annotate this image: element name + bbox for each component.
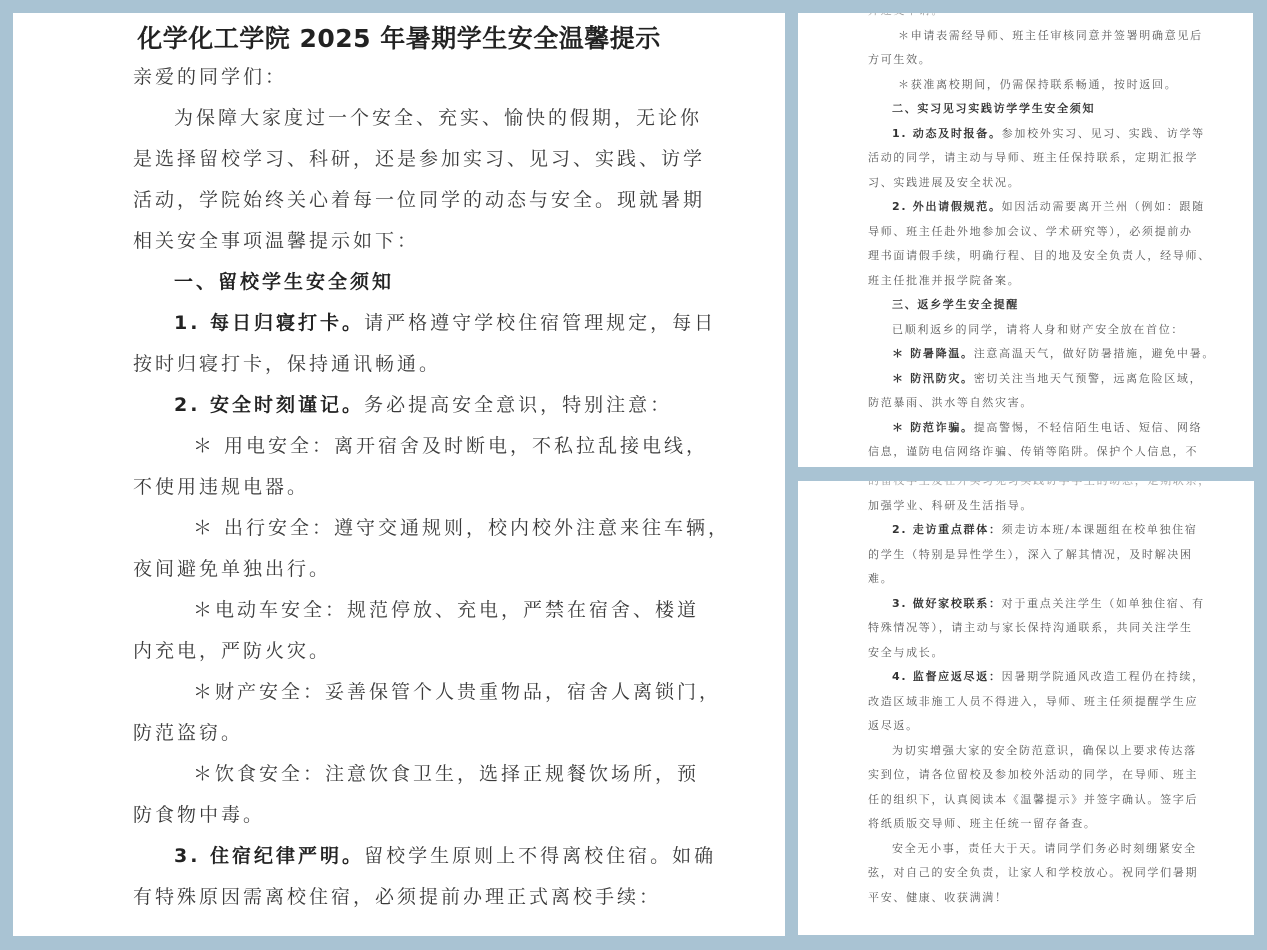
text-line: 班主任批准并报学院备案。 bbox=[868, 269, 1248, 294]
document-page-right-bottom: 的留校学生及在外实习见习实践访学学生的动态，定期联系， 加强学业、科研及生活指导… bbox=[798, 481, 1254, 935]
page-body-right-bottom: 的留校学生及在外实习见习实践访学学生的动态，定期联系， 加强学业、科研及生活指导… bbox=[868, 481, 1248, 910]
cut-off-line: 的留校学生及在外实习见习实践访学学生的动态，定期联系， bbox=[868, 481, 1248, 494]
bullet-line: ＊电动车安全：规范停放、充电，严禁在宿舍、楼道 bbox=[133, 590, 693, 631]
text-line: 导师、班主任赴外地参加会议、学术研究等），必须提前办 bbox=[868, 220, 1248, 245]
list-item-title: ＊ 防汛防灾。 bbox=[892, 372, 974, 385]
text-line: ＊获准离校期间，仍需保持联系畅通，按时返回。 bbox=[868, 73, 1248, 98]
text-line: 安全与成长。 bbox=[868, 641, 1248, 666]
text-line: 理书面请假手续，明确行程、目的地及安全负责人，经导师、 bbox=[868, 244, 1248, 269]
section-heading: 三、返乡学生安全提醒 bbox=[868, 293, 1248, 318]
item-2: 2. 安全时刻谨记。务必提高安全意识，特别注意： bbox=[133, 385, 693, 426]
item-3-cont: 有特殊原因需离校住宿，必须提前办理正式离校手续： bbox=[133, 877, 693, 918]
item-3-title: 3. 住宿纪律严明。 bbox=[174, 845, 364, 867]
text-line: 实到位，请各位留校及参加校外活动的同学，在导师、班主 bbox=[868, 763, 1248, 788]
list-item: ＊ 防范诈骗。提高警惕，不轻信陌生电话、短信、网络 bbox=[868, 416, 1248, 441]
text-line: 的学生（特别是异性学生），深入了解其情况，及时解决困 bbox=[868, 543, 1248, 568]
bullet-line: ＊财产安全：妥善保管个人贵重物品，宿舍人离锁门， bbox=[133, 672, 693, 713]
text-line: 改造区域非施工人员不得进入，导师、班主任须提醒学生应 bbox=[868, 690, 1248, 715]
section-heading: 二、实习见习实践访学学生安全须知 bbox=[868, 97, 1248, 122]
text-line: 方可生效。 bbox=[868, 48, 1248, 73]
item-2-text: 务必提高安全意识，特别注意： bbox=[364, 394, 672, 416]
list-item: ＊ 防暑降温。注意高温天气，做好防暑措施，避免中暑。 bbox=[868, 342, 1248, 367]
bullet-cont: 防范盗窃。 bbox=[133, 713, 693, 754]
page-title: 化学化工学院 2025 年暑期学生安全温馨提示 bbox=[13, 19, 785, 55]
intro-line: 是选择留校学习、科研，还是参加实习、见习、实践、访学 bbox=[133, 139, 693, 180]
list-item: 2. 外出请假规范。如因活动需要离开兰州（例如：跟随 bbox=[868, 195, 1248, 220]
list-item-text: 注意高温天气，做好防暑措施，避免中暑。 bbox=[974, 347, 1215, 360]
list-item: 3. 做好家校联系：对于重点关注学生（如单独住宿、有 bbox=[868, 592, 1248, 617]
item-1-cont: 按时归寝打卡，保持通讯畅通。 bbox=[133, 344, 693, 385]
list-item: ＊ 防汛防灾。密切关注当地天气预警，远离危险区域， bbox=[868, 367, 1248, 392]
list-item-title: 3. 做好家校联系： bbox=[892, 597, 1002, 610]
list-item: 4. 监督应返尽返：因暑期学院通风改造工程仍在持续， bbox=[868, 665, 1248, 690]
item-1-text: 请严格遵守学校住宿管理规定，每日 bbox=[364, 312, 716, 334]
list-item: 2. 走访重点群体：须走访本班/本课题组在校单独住宿 bbox=[868, 518, 1248, 543]
text-line: 返尽返。 bbox=[868, 714, 1248, 739]
bullet-cont: 不使用违规电器。 bbox=[133, 467, 693, 508]
text-line: 难。 bbox=[868, 567, 1248, 592]
text-line: 安全无小事，责任大于天。请同学们务必时刻绷紧安全 bbox=[868, 837, 1248, 862]
list-item-title: 1. 动态及时报备。 bbox=[892, 127, 1002, 140]
page-body-right-top: 并递交申请。 ＊申请表需经导师、班主任审核同意并签署明确意见后方可生效。＊获准离… bbox=[868, 13, 1248, 465]
page-body-left: 亲爱的同学们： 为保障大家度过一个安全、充实、愉快的假期，无论你 是选择留校学习… bbox=[133, 57, 693, 918]
list-item-text: 提高警惕，不轻信陌生电话、短信、网络 bbox=[974, 421, 1203, 434]
text-line: ＊申请表需经导师、班主任审核同意并签署明确意见后 bbox=[868, 24, 1248, 49]
item-1-title: 1. 每日归寝打卡。 bbox=[174, 312, 364, 334]
bullet-cont: 防食物中毒。 bbox=[133, 795, 693, 836]
text-line: 加强学业、科研及生活指导。 bbox=[868, 494, 1248, 519]
list-item-title: 2. 外出请假规范。 bbox=[892, 200, 1002, 213]
list-item-text: 须走访本班/本课题组在校单独住宿 bbox=[1002, 523, 1198, 536]
list-item-title: 2. 走访重点群体： bbox=[892, 523, 1002, 536]
bullet-cont: 内充电，严防火灾。 bbox=[133, 631, 693, 672]
text-line: 信息，谨防电信网络诈骗、传销等陷阱。保护个人信息，不 bbox=[868, 440, 1248, 465]
text-line: 习、实践进展及安全状况。 bbox=[868, 171, 1248, 196]
text-line: 活动的同学，请主动与导师、班主任保持联系，定期汇报学 bbox=[868, 146, 1248, 171]
text-line: 特殊情况等），请主动与家长保持沟通联系，共同关注学生 bbox=[868, 616, 1248, 641]
text-line: 任的组织下，认真阅读本《温馨提示》并签字确认。签字后 bbox=[868, 788, 1248, 813]
list-item-title: 4. 监督应返尽返： bbox=[892, 670, 1002, 683]
bullet-line: ＊ 出行安全：遵守交通规则，校内校外注意来往车辆， bbox=[133, 508, 693, 549]
text-line: 将纸质版交导师、班主任统一留存备查。 bbox=[868, 812, 1248, 837]
text-line: 防范暴雨、洪水等自然灾害。 bbox=[868, 391, 1248, 416]
item-2-title: 2. 安全时刻谨记。 bbox=[174, 394, 364, 416]
item-3: 3. 住宿纪律严明。留校学生原则上不得离校住宿。如确 bbox=[133, 836, 693, 877]
list-item-title: ＊ 防暑降温。 bbox=[892, 347, 974, 360]
document-page-left: 化学化工学院 2025 年暑期学生安全温馨提示 亲爱的同学们： 为保障大家度过一… bbox=[13, 13, 785, 936]
text-line: 为切实增强大家的安全防范意识，确保以上要求传达落 bbox=[868, 739, 1248, 764]
text-line: 弦，对自己的安全负责，让家人和学校放心。祝同学们暑期 bbox=[868, 861, 1248, 886]
list-item-text: 密切关注当地天气预警，远离危险区域， bbox=[974, 372, 1203, 385]
list-item-text: 参加校外实习、见习、实践、访学等 bbox=[1002, 127, 1205, 140]
intro-line: 为保障大家度过一个安全、充实、愉快的假期，无论你 bbox=[133, 98, 693, 139]
list-item-text: 如因活动需要离开兰州（例如：跟随 bbox=[1002, 200, 1205, 213]
document-page-right-top: 并递交申请。 ＊申请表需经导师、班主任审核同意并签署明确意见后方可生效。＊获准离… bbox=[798, 13, 1253, 467]
text-line: 已顺利返乡的同学，请将人身和财产安全放在首位： bbox=[868, 318, 1248, 343]
greeting: 亲爱的同学们： bbox=[133, 57, 693, 98]
intro-line: 活动，学院始终关心着每一位同学的动态与安全。现就暑期 bbox=[133, 180, 693, 221]
list-item-title: ＊ 防范诈骗。 bbox=[892, 421, 974, 434]
bullet-cont: 夜间避免单独出行。 bbox=[133, 549, 693, 590]
list-item-text: 因暑期学院通风改造工程仍在持续， bbox=[1002, 670, 1205, 683]
bullet-line: ＊ 用电安全：离开宿舍及时断电，不私拉乱接电线， bbox=[133, 426, 693, 467]
list-item: 1. 动态及时报备。参加校外实习、见习、实践、访学等 bbox=[868, 122, 1248, 147]
intro-line: 相关安全事项温馨提示如下： bbox=[133, 221, 693, 262]
section-heading: 一、留校学生安全须知 bbox=[133, 262, 693, 303]
item-1: 1. 每日归寝打卡。请严格遵守学校住宿管理规定，每日 bbox=[133, 303, 693, 344]
list-item-text: 对于重点关注学生（如单独住宿、有 bbox=[1002, 597, 1205, 610]
text-line: 平安、健康、收获满满！ bbox=[868, 886, 1248, 911]
bullet-line: ＊饮食安全：注意饮食卫生，选择正规餐饮场所，预 bbox=[133, 754, 693, 795]
item-3-text: 留校学生原则上不得离校住宿。如确 bbox=[364, 845, 716, 867]
cut-off-line: 并递交申请。 bbox=[868, 13, 1248, 24]
